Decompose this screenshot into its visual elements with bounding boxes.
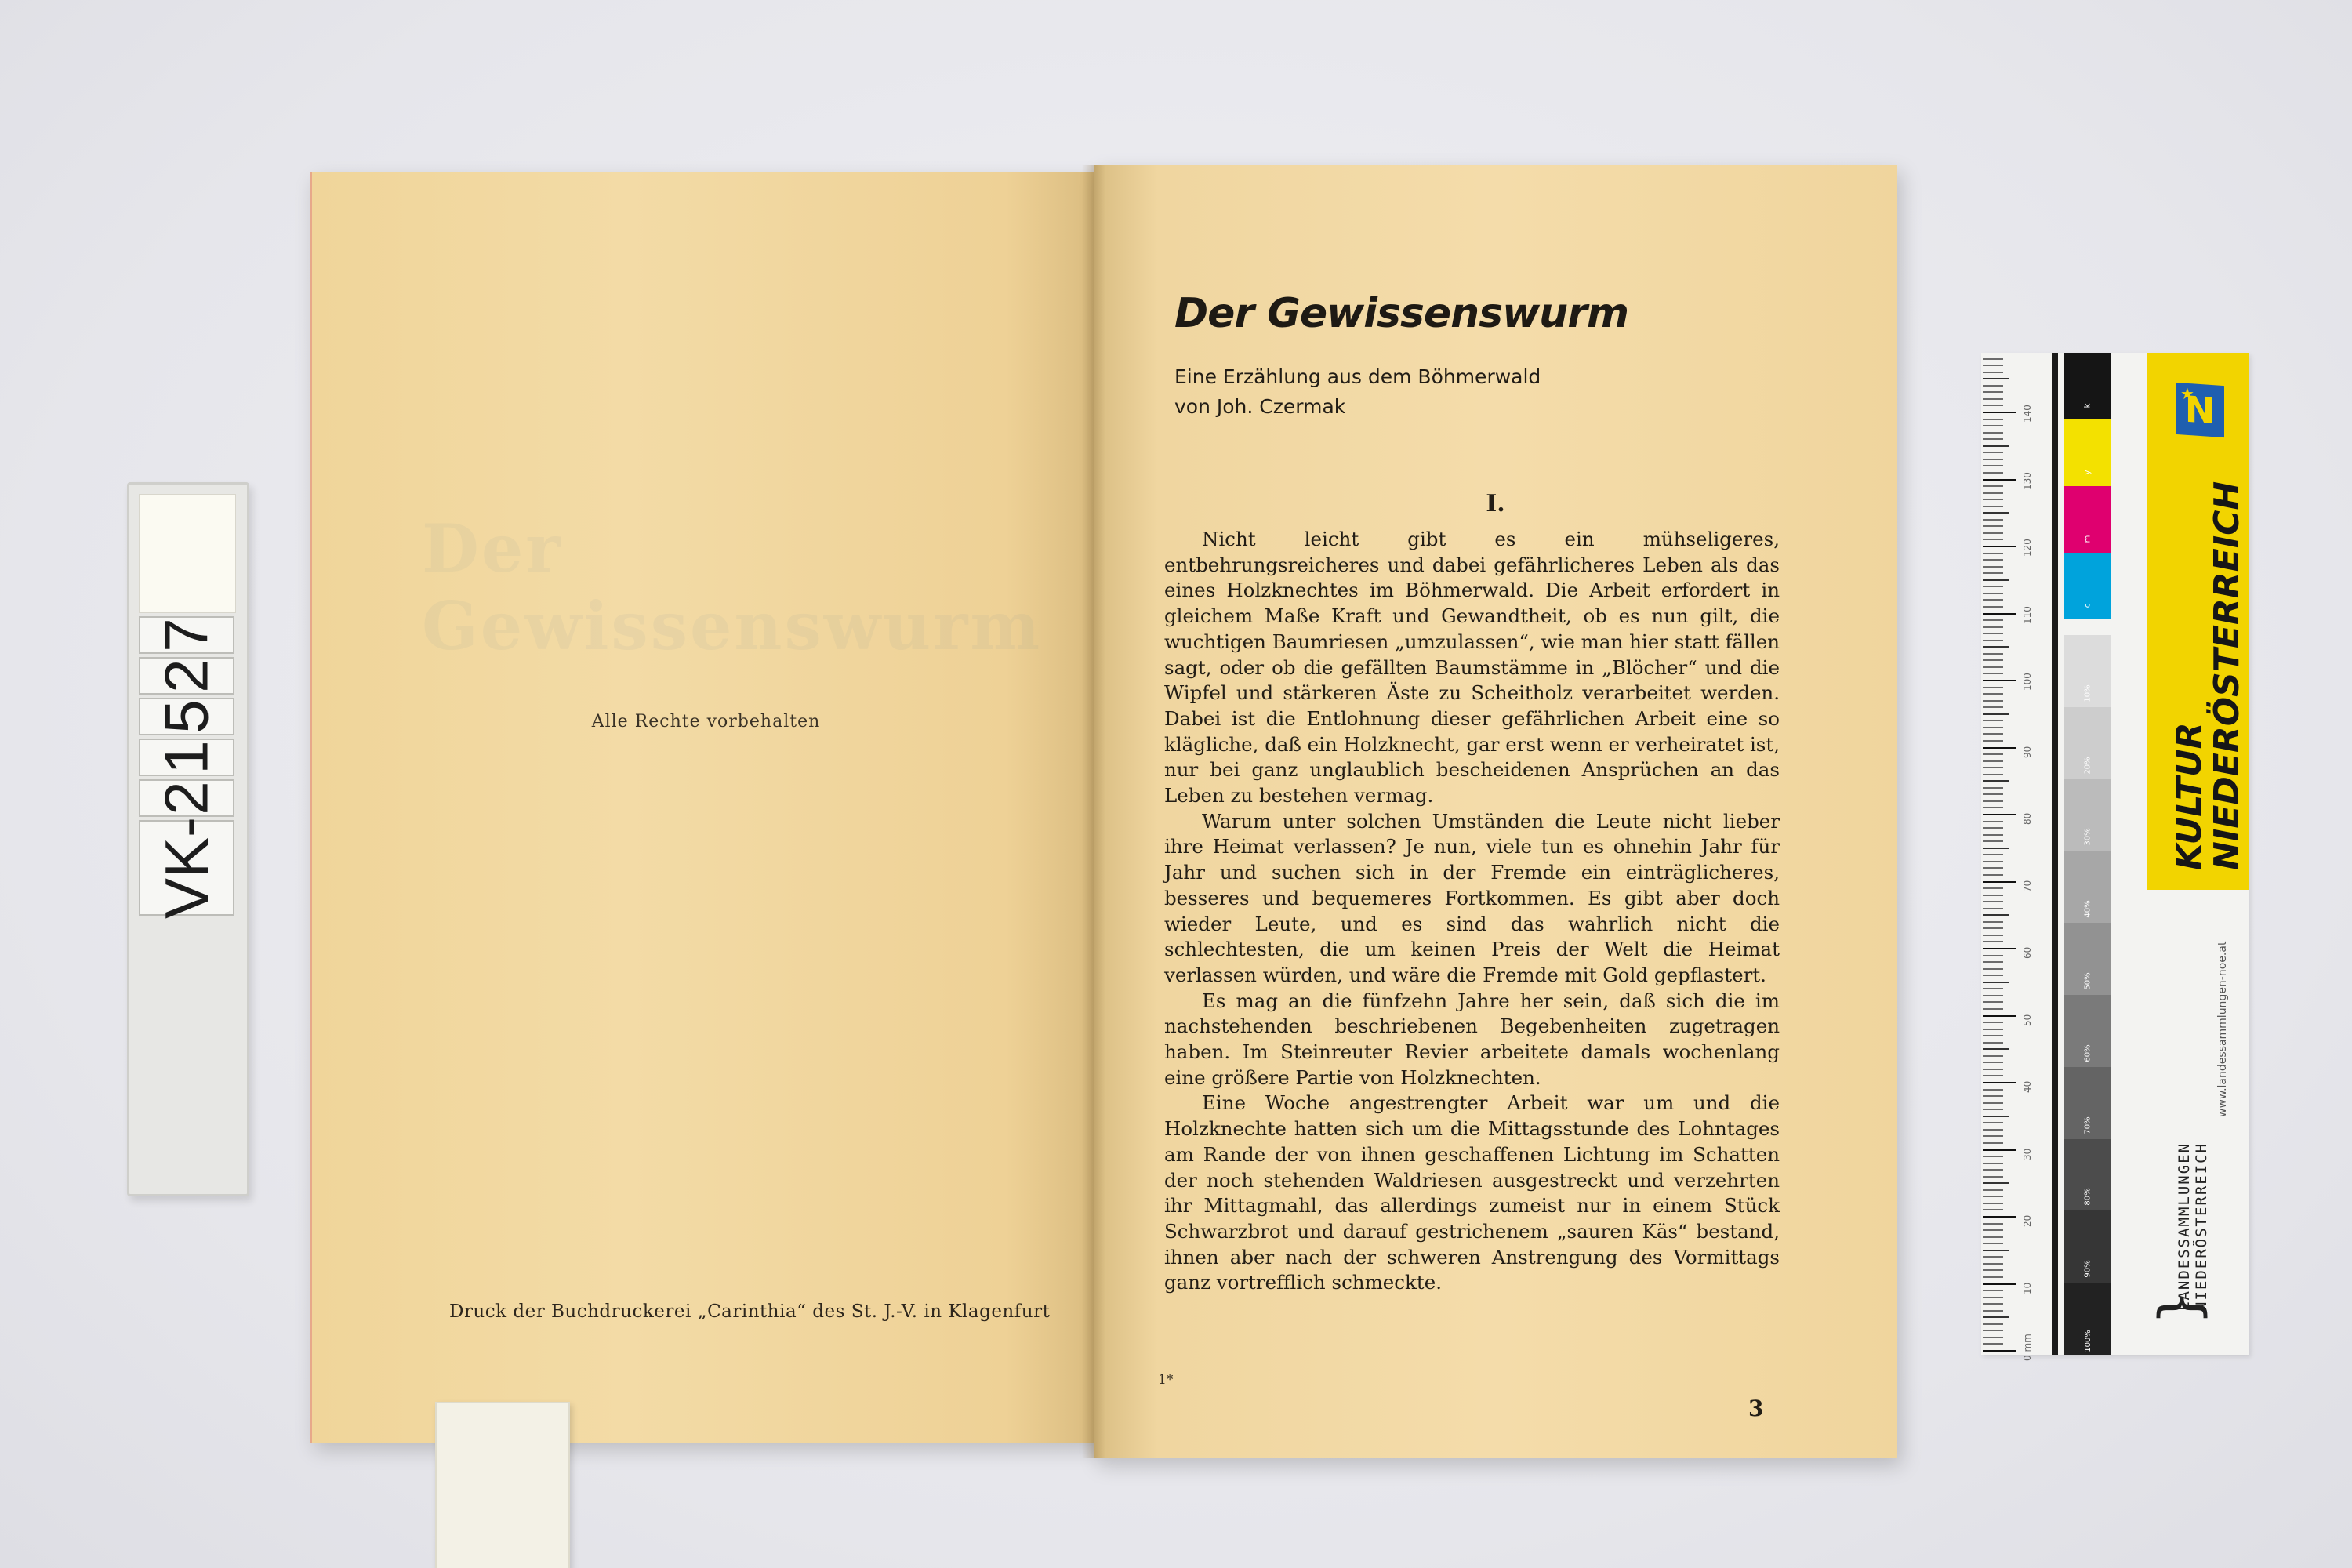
white-tab-marker (435, 1402, 570, 1568)
label-char: 1 (139, 739, 234, 776)
ruler-label: 0 mm (2022, 1334, 2033, 1361)
ruler-tick (1983, 633, 2003, 634)
ruler-tick (1983, 539, 2003, 540)
ruler-tick (1983, 1223, 2003, 1225)
ruler-tick (1983, 706, 2003, 708)
ruler-tick (1983, 767, 2003, 768)
left-page: Der Gewissenswurm Alle Rechte vorbehalte… (310, 172, 1100, 1443)
ruler-tick (1983, 1048, 2009, 1050)
ruler-tick (1983, 1135, 2003, 1137)
ruler-tick (1983, 1330, 2003, 1331)
ruler-tick (1983, 800, 2003, 802)
ruler-tick (1983, 827, 2003, 829)
ruler-tick (1983, 419, 2003, 420)
subtitle-line: Eine Erzählung aus dem Böhmerwald (1174, 362, 1541, 392)
ruler-tick (1983, 1229, 2003, 1231)
ruler-tick (1983, 1209, 2003, 1210)
ruler-tick (1983, 1189, 2003, 1191)
ruler-tick (1983, 1001, 2003, 1003)
ruler-tick (1983, 760, 2003, 762)
ruler-label: 70 (2022, 880, 2033, 891)
ruler-label: 110 (2022, 606, 2033, 624)
ruler-tick (1983, 499, 2003, 500)
ruler-tick (1983, 1075, 2003, 1076)
gray-swatch: 50% (2064, 923, 2111, 995)
label-char: 2 (139, 657, 234, 695)
swatch-column: kymc10%20%30%40%50%60%70%80%90%100% (2064, 353, 2111, 1355)
label-blank-area (139, 494, 236, 613)
ruler-tick (1983, 438, 2003, 440)
ruler-tick (1983, 1316, 2009, 1318)
ruler-tick (1983, 1082, 2016, 1083)
ruler-tick (1983, 921, 2003, 923)
ruler-tick (1983, 968, 2003, 970)
ruler-tick (1983, 1250, 2009, 1251)
gray-swatch: 70% (2064, 1067, 2111, 1139)
ruler-tick (1983, 1029, 2003, 1030)
ruler-tick (1983, 1290, 2003, 1291)
ruler-tick (1983, 1163, 2003, 1164)
printer-imprint: Druck der Buchdruckerei „Carinthia“ des … (449, 1301, 1050, 1322)
ruler-tick (1983, 445, 2009, 447)
ruler-tick (1983, 874, 2003, 876)
ruler-tick (1983, 700, 2003, 702)
ruler-label: 100 (2022, 673, 2033, 691)
ruler-label: 50 (2022, 1014, 2033, 1025)
ruler-tick (1983, 793, 2003, 795)
brand-name: KULTUR NIEDERÖSTERREICH (2171, 481, 2246, 870)
paragraph: Es mag an die fünfzehn Jahre her sein, d… (1164, 989, 1780, 1091)
ruler-tick (1983, 854, 2003, 855)
ruler-tick (1983, 1263, 2003, 1265)
ruler-tick (1983, 814, 2016, 815)
ruler-tick (1983, 1169, 2003, 1171)
ruler-tick (1983, 1055, 2003, 1057)
ruler-tick (1983, 1337, 2003, 1338)
ruler-tick (1983, 1176, 2003, 1178)
ruler-tick (1983, 425, 2003, 426)
ruler-tick (1983, 1243, 2003, 1244)
ruler-tick (1983, 1343, 2003, 1345)
gray-swatch: 20% (2064, 707, 2111, 779)
ruler-tick (1983, 391, 2003, 393)
ruler-tick (1983, 807, 2003, 808)
story-title: Der Gewissenswurm (1174, 290, 1628, 337)
ruler-tick (1983, 1283, 2016, 1285)
ruler-tick (1983, 566, 2003, 568)
ruler-label: 20 (2022, 1215, 2033, 1227)
inventory-label: 7 2 5 1 2 VK- (127, 482, 249, 1196)
ruler-tick (1983, 572, 2003, 574)
ruler-tick (1983, 378, 2009, 379)
ruler-tick (1983, 753, 2003, 755)
paragraph: Eine Woche angestrengter Arbeit war um u… (1164, 1091, 1780, 1296)
ruler-tick (1983, 532, 2003, 534)
ruler-tick (1983, 740, 2003, 742)
ruler-tick (1983, 485, 2003, 487)
ruler-tick (1983, 519, 2003, 521)
signature-mark: 1* (1158, 1372, 1173, 1388)
ruler-tick (1983, 525, 2003, 527)
ruler-tick (1983, 693, 2003, 695)
ruler-tick (1983, 948, 2016, 949)
ruler-tick (1983, 988, 2003, 989)
showthrough-text: Der Gewissenswurm (422, 510, 1100, 665)
ruler-tick (1983, 659, 2003, 661)
color-reference-card: 0 mm102030405060708090100110120130140 ky… (1981, 353, 2249, 1355)
ruler-tick (1983, 1095, 2003, 1097)
ruler-tick (1983, 787, 2003, 789)
ruler-tick (1983, 887, 2003, 889)
gray-swatch: 60% (2064, 995, 2111, 1067)
ruler-tick (1983, 1276, 2003, 1278)
ruler-label: 130 (2022, 472, 2033, 490)
ruler-tick (1983, 1216, 2016, 1218)
color-swatch: c (2064, 553, 2111, 619)
ruler-tick (1983, 432, 2003, 434)
ruler-tick (1983, 506, 2003, 507)
ruler-tick (1983, 914, 2009, 916)
ruler-tick (1983, 982, 2009, 983)
brand-panel: N ★ KULTUR NIEDERÖSTERREICH (2147, 353, 2249, 890)
org-name: LANDESSAMMLUNGEN NIEDERÖSTERREICH (2176, 1142, 2210, 1311)
ruler-tick (1983, 961, 2003, 963)
ruler-tick (1983, 867, 2003, 869)
ruler-label: 120 (2022, 539, 2033, 557)
ruler-tick (1983, 1269, 2003, 1271)
ruler-tick (1983, 774, 2003, 775)
ruler-tick (1983, 1182, 2009, 1184)
ruler-tick (1983, 398, 2003, 400)
website-text: www.landessammlungen-noe.at (2216, 942, 2229, 1117)
ruler-label: 80 (2022, 813, 2033, 825)
ruler-tick (1983, 840, 2003, 842)
ruler-tick (1983, 593, 2003, 594)
ruler-tick (1983, 720, 2003, 721)
ruler-tick (1983, 834, 2003, 836)
label-char: 5 (139, 698, 234, 735)
ruler-tick (1983, 1122, 2003, 1123)
color-swatch: y (2064, 419, 2111, 486)
gray-swatch: 80% (2064, 1139, 2111, 1211)
ruler-tick (1983, 901, 2003, 902)
ruler-tick (1983, 385, 2003, 387)
ruler-tick (1983, 586, 2003, 587)
ruler-tick (1983, 412, 2016, 413)
ruler-tick (1983, 546, 2016, 547)
gray-swatch: 100% (2064, 1283, 2111, 1355)
ruler-tick (1983, 861, 2003, 862)
ruler-tick (1983, 673, 2003, 674)
color-swatch: m (2064, 486, 2111, 553)
rights-notice: Alle Rechte vorbehalten (312, 712, 1100, 731)
ruler-tick (1983, 1102, 2003, 1104)
ruler-tick (1983, 613, 2016, 615)
ruler-tick (1983, 848, 2009, 849)
ruler-tick (1983, 579, 2009, 581)
ruler-tick (1983, 405, 2003, 406)
color-swatch: k (2064, 353, 2111, 419)
ruler-tick (1983, 1236, 2003, 1238)
ruler-tick (1983, 512, 2009, 514)
ruler-tick (1983, 640, 2003, 641)
ruler-tick (1983, 1310, 2003, 1312)
ruler-tick (1983, 1149, 2016, 1151)
ruler-tick (1983, 1129, 2003, 1131)
label-prefix: VK- (139, 820, 234, 916)
ruler-tick (1983, 559, 2003, 561)
ruler-tick (1983, 927, 2003, 929)
chapter-heading: I. (1094, 490, 1897, 517)
label-char: 7 (139, 616, 234, 654)
gray-swatch: 10% (2064, 635, 2111, 707)
author-line: von Joh. Czermak (1174, 392, 1541, 422)
ruler-tick (1983, 666, 2003, 668)
label-char: 2 (139, 779, 234, 817)
gray-swatch: 30% (2064, 779, 2111, 851)
ruler-label: 40 (2022, 1081, 2033, 1093)
ruler-tick (1983, 626, 2003, 628)
ruler-tick (1983, 1142, 2003, 1144)
ruler-tick (1983, 459, 2003, 460)
mm-ruler: 0 mm102030405060708090100110120130140 (1981, 353, 2056, 1355)
ruler-label: 140 (2022, 405, 2033, 423)
ruler-tick (1983, 935, 2003, 936)
ruler-tick (1983, 995, 2003, 996)
book-gutter (1082, 165, 1105, 1458)
ruler-tick (1983, 687, 2003, 688)
ruler-tick (1983, 1015, 2016, 1017)
ruler-tick (1983, 1022, 2003, 1023)
ruler-tick (1983, 653, 2003, 655)
ruler-tick (1983, 1203, 2003, 1204)
ruler-label: 30 (2022, 1148, 2033, 1160)
ruler-tick (1983, 365, 2003, 366)
ruler-tick (1983, 1156, 2003, 1157)
ruler-tick (1983, 713, 2009, 715)
ruler-tick (1983, 747, 2016, 749)
ruler-tick (1983, 358, 2003, 360)
ruler-tick (1983, 1008, 2003, 1010)
ruler-label: 60 (2022, 947, 2033, 959)
page-number: 3 (1748, 1396, 1763, 1421)
ruler-tick (1983, 1303, 2003, 1305)
ruler-tick (1983, 975, 2003, 976)
ruler-tick (1983, 1035, 2003, 1036)
ruler-tick (1983, 1350, 2016, 1352)
ruler-tick (1983, 553, 2003, 554)
ruler-tick (1983, 1042, 2003, 1044)
ruler-tick (1983, 680, 2016, 681)
ruler-tick (1983, 472, 2003, 474)
ruler-tick (1983, 821, 2003, 822)
body-text: Nicht leicht gibt es ein mühseligeres, e… (1164, 527, 1780, 1296)
ruler-black-bar (2052, 353, 2058, 1355)
ruler-tick (1983, 372, 2003, 373)
ruler-tick (1983, 1062, 2003, 1063)
open-booklet: Der Gewissenswurm Alle Rechte vorbehalte… (310, 165, 1897, 1450)
ruler-tick (1983, 941, 2003, 942)
story-subtitle: Eine Erzählung aus dem Böhmerwald von Jo… (1174, 362, 1541, 422)
ruler-tick (1983, 606, 2003, 608)
ruler-tick (1983, 452, 2003, 453)
ruler-tick (1983, 1109, 2003, 1110)
ruler-tick (1983, 1297, 2003, 1298)
ruler-tick (1983, 479, 2016, 481)
ruler-tick (1983, 646, 2009, 648)
ruler-tick (1983, 1116, 2009, 1117)
ruler-tick (1983, 1196, 2003, 1197)
ruler-tick (1983, 955, 2003, 956)
paragraph: Nicht leicht gibt es ein mühseligeres, e… (1164, 527, 1780, 809)
inventory-number: 7 2 5 1 2 VK- (139, 616, 234, 919)
ruler-tick (1983, 1323, 2003, 1325)
ruler-tick (1983, 1069, 2003, 1070)
ruler-tick (1983, 492, 2003, 494)
ruler-tick (1983, 465, 2003, 466)
ruler-tick (1983, 1089, 2003, 1091)
ruler-tick (1983, 1256, 2003, 1258)
ruler-tick (1983, 895, 2003, 896)
ruler-label: 10 (2022, 1282, 2033, 1294)
ruler-tick (1983, 727, 2003, 728)
ruler-tick (1983, 733, 2003, 735)
gray-swatch: 90% (2064, 1210, 2111, 1283)
paragraph: Warum unter solchen Umständen die Leute … (1164, 809, 1780, 989)
star-icon: ★ (2180, 384, 2194, 403)
ruler-tick (1983, 599, 2003, 601)
ruler-tick (1983, 780, 2009, 782)
gray-swatch: 40% (2064, 851, 2111, 923)
ruler-label: 90 (2022, 746, 2033, 757)
ruler-tick (1983, 908, 2003, 909)
ruler-tick (1983, 881, 2016, 883)
ruler-tick (1983, 619, 2003, 621)
